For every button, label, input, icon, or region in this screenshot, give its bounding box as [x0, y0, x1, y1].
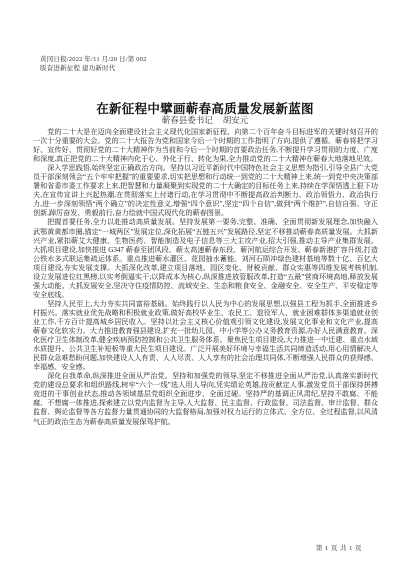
- article-paragraph: 把握首要任务,全力以赴推动高质量发展。坚持发展第一要务,完整、准确、全面贯彻新发…: [33, 218, 378, 299]
- newspaper-article-page: 黄冈日报/2022 年/11 月/20 日/第 002 版奋进新征程 建功新时代…: [0, 0, 410, 580]
- byline-role: 蕲春县委书记: [162, 115, 213, 125]
- article-paragraph: 深入学思践悟,始终坚定正确政治方向。坚持以习近平新时代中国特色社会主义思想为指引…: [33, 164, 378, 218]
- article-byline: 蕲春县委书记胡安元: [0, 114, 410, 126]
- byline-name: 胡安元: [223, 115, 249, 125]
- article-body: 党的二十大是在迈向全面建设社会主义现代化国家新征程、向第二个百年奋斗目标进军的关…: [33, 128, 378, 427]
- masthead-line2: 版奋进新征程 建功新时代: [40, 64, 147, 73]
- article-paragraph: 坚持人民至上,大力夯实共同富裕基础。始终践行以人民为中心的发展思想,以强县工程为…: [33, 300, 378, 372]
- masthead-line1: 黄冈日报/2022 年/11 月/20 日/第 002: [40, 55, 147, 64]
- masthead: 黄冈日报/2022 年/11 月/20 日/第 002 版奋进新征程 建功新时代: [40, 55, 147, 73]
- article-paragraph: 党的二十大是在迈向全面建设社会主义现代化国家新征程、向第二个百年奋斗目标进军的关…: [33, 128, 378, 164]
- article-paragraph: 深化自我革命,纵深推进全面从严治党。坚持和加强党的领导,坚定不移推进全面从严治党…: [33, 372, 378, 426]
- page-number-indicator: 第 1 页 共 1 页: [316, 543, 362, 552]
